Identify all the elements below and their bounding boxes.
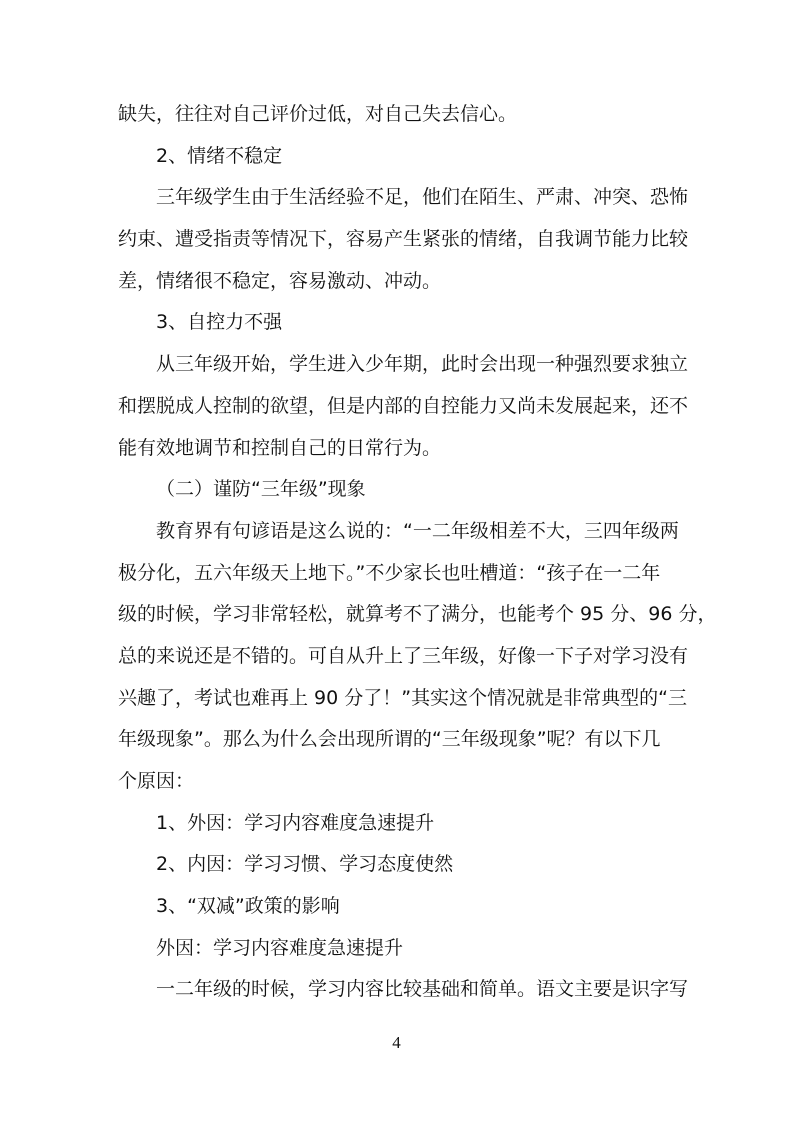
page-number: 4 xyxy=(0,1032,793,1054)
text-line: 三年级学生由于生活经验不足，他们在陌生、严肃、冲突、恐怖 xyxy=(118,177,678,219)
text-line: 3、自控力不强 xyxy=(118,302,678,344)
document-page: 缺失，往往对自己评价过低，对自己失去信心。2、情绪不稳定三年级学生由于生活经验不… xyxy=(0,0,793,1122)
text-line: 能有效地调节和控制自己的日常行为。 xyxy=(118,428,678,470)
text-line: 级的时候，学习非常轻松，就算考不了满分，也能考个 95 分、96 分， xyxy=(118,594,678,636)
text-line: 1、外因：学习内容难度急速提升 xyxy=(118,803,678,845)
text-line: 一二年级的时候，学习内容比较基础和简单。语文主要是识字写 xyxy=(118,969,678,1011)
text-line: 外因：学习内容难度急速提升 xyxy=(118,928,678,970)
text-line: 差，情绪很不稳定，容易激动、冲动。 xyxy=(118,261,678,303)
text-line: 兴趣了，考试也难再上 90 分了！”其实这个情况就是非常典型的“三 xyxy=(118,678,678,720)
text-line: 总的来说还是不错的。可自从升上了三年级，好像一下子对学习没有 xyxy=(118,636,678,678)
text-line: 2、情绪不稳定 xyxy=(118,136,678,178)
text-line: 教育界有句谚语是这么说的：“一二年级相差不大，三四年级两 xyxy=(118,511,678,553)
text-line: 从三年级开始，学生进入少年期，此时会出现一种强烈要求独立 xyxy=(118,344,678,386)
text-line: 个原因： xyxy=(118,761,678,803)
text-line: （二）谨防“三年级”现象 xyxy=(118,469,678,511)
document-body: 缺失，往往对自己评价过低，对自己失去信心。2、情绪不稳定三年级学生由于生活经验不… xyxy=(118,94,678,1011)
text-line: 约束、遭受指责等情况下，容易产生紧张的情绪，自我调节能力比较 xyxy=(118,219,678,261)
text-line: 极分化，五六年级天上地下。”不少家长也吐槽道：“孩子在一二年 xyxy=(118,553,678,595)
text-line: 缺失，往往对自己评价过低，对自己失去信心。 xyxy=(118,94,678,136)
text-line: 和摆脱成人控制的欲望，但是内部的自控能力又尚未发展起来，还不 xyxy=(118,386,678,428)
text-line: 年级现象”。那么为什么会出现所谓的“三年级现象”呢？有以下几 xyxy=(118,719,678,761)
text-line: 2、内因：学习习惯、学习态度使然 xyxy=(118,844,678,886)
text-line: 3、“双减”政策的影响 xyxy=(118,886,678,928)
